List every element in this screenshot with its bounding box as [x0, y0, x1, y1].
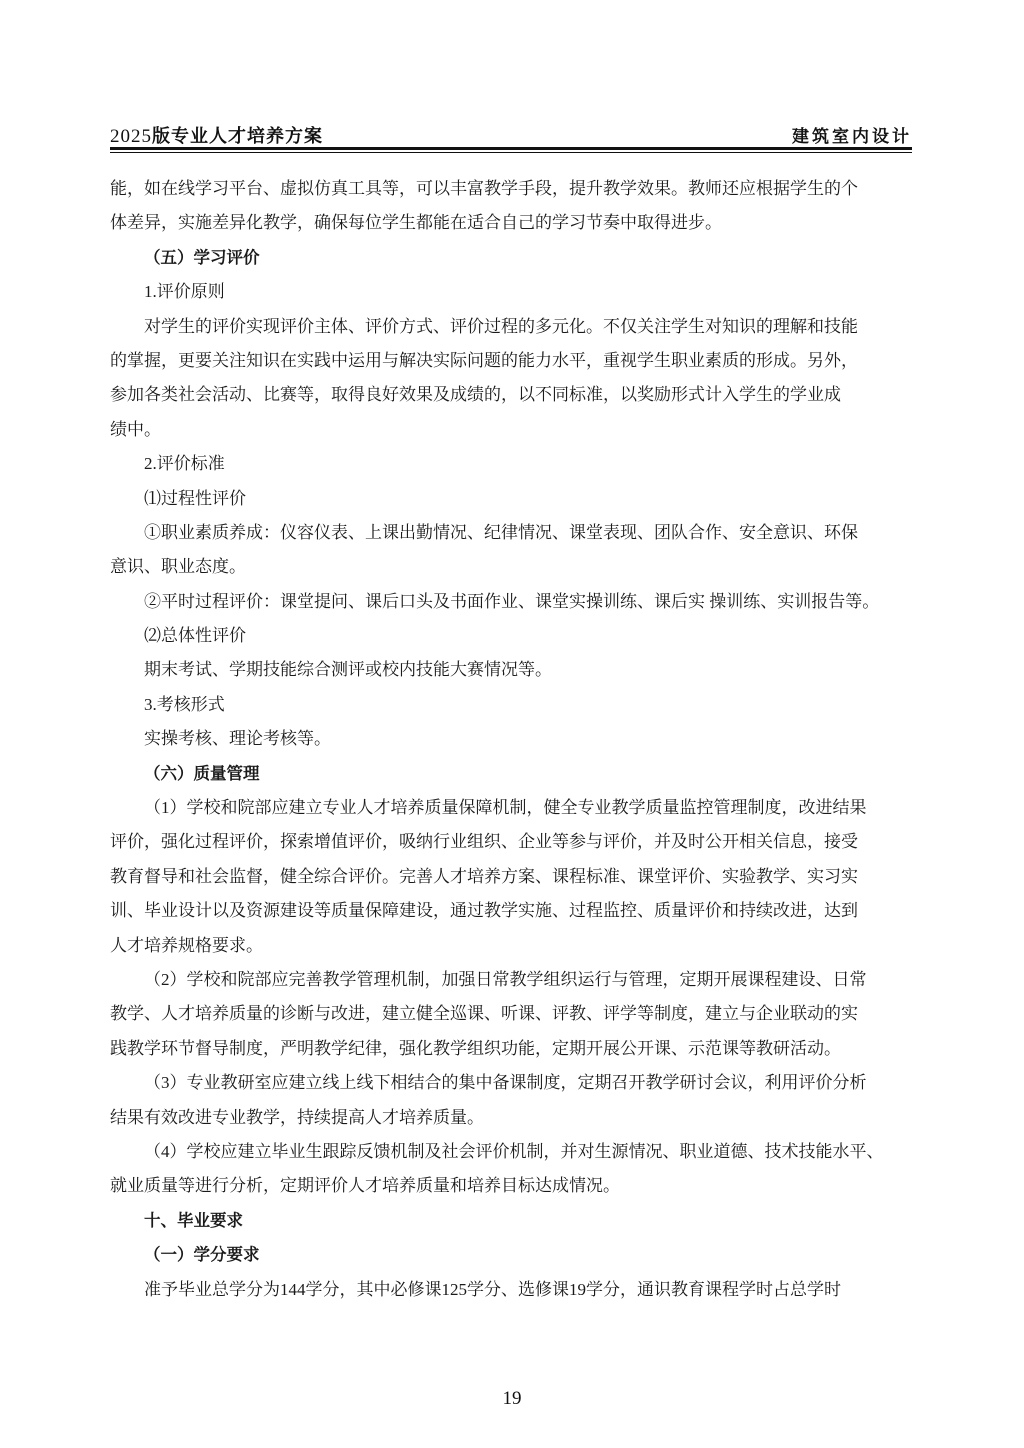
text-line: 意识、职业态度。 — [110, 550, 924, 584]
text-line: 1.评价原则 — [110, 275, 924, 309]
document-page: 2025版专业人才培养方案 建筑室内设计 能，如在线学习平台、虚拟仿真工具等，可… — [0, 0, 1024, 1448]
text-line: ②平时过程评价：课堂提问、课后口头及书面作业、课堂实操训练、课后实 操训练、实训… — [110, 585, 924, 619]
section-heading: （六）质量管理 — [110, 757, 924, 791]
text-line: 评价，强化过程评价，探索增值评价，吸纳行业组织、企业等参与评价，并及时公开相关信… — [110, 825, 924, 859]
text-line: 准予毕业总学分为144学分，其中必修课125学分、选修课19学分，通识教育课程学… — [110, 1273, 924, 1307]
text-line: 就业质量等进行分析，定期评价人才培养质量和培养目标达成情况。 — [110, 1169, 924, 1203]
page-number: 19 — [0, 1388, 1024, 1410]
text-line: 期末考试、学期技能综合测评或校内技能大赛情况等。 — [110, 653, 924, 687]
header-rule-thin — [110, 152, 912, 153]
text-line: 绩中。 — [110, 413, 924, 447]
header-major-name: 建筑室内设计 — [792, 122, 912, 147]
text-line: 体差异，实施差异化教学，确保每位学生都能在适合自己的学习节奏中取得进步。 — [110, 206, 924, 240]
text-line: （4）学校应建立毕业生跟踪反馈机制及社会评价机制，并对生源情况、职业道德、技术技… — [110, 1135, 924, 1169]
text-line: （1）学校和院部应建立专业人才培养质量保障机制，健全专业教学质量监控管理制度，改… — [110, 791, 924, 825]
text-line: 对学生的评价实现评价主体、评价方式、评价过程的多元化。不仅关注学生对知识的理解和… — [110, 310, 924, 344]
text-line: ⑵总体性评价 — [110, 619, 924, 653]
text-line: ①职业素质养成：仪容仪表、上课出勤情况、纪律情况、课堂表现、团队合作、安全意识、… — [110, 516, 924, 550]
running-header: 2025版专业人才培养方案 建筑室内设计 — [110, 122, 912, 144]
section-heading: （一）学分要求 — [110, 1238, 924, 1272]
header-rule-thick — [110, 147, 912, 150]
text-line: 2.评价标准 — [110, 447, 924, 481]
text-line: 3.考核形式 — [110, 688, 924, 722]
text-line: 教学、人才培养质量的诊断与改进，建立健全巡课、听课、评教、评学等制度，建立与企业… — [110, 997, 924, 1031]
body-text: 能，如在线学习平台、虚拟仿真工具等，可以丰富教学手段，提升教学效果。教师还应根据… — [110, 172, 924, 1307]
header-year: 2025 — [110, 126, 152, 147]
section-heading: 十、毕业要求 — [110, 1204, 924, 1238]
text-line: 践教学环节督导制度，严明教学纪律，强化教学组织功能，定期开展公开课、示范课等教研… — [110, 1032, 924, 1066]
text-line: 人才培养规格要求。 — [110, 929, 924, 963]
text-line: 结果有效改进专业教学，持续提高人才培养质量。 — [110, 1101, 924, 1135]
text-line: 训、毕业设计以及资源建设等质量保障建设，通过教学实施、过程监控、质量评价和持续改… — [110, 894, 924, 928]
text-line: 能，如在线学习平台、虚拟仿真工具等，可以丰富教学手段，提升教学效果。教师还应根据… — [110, 172, 924, 206]
text-line: 教育督导和社会监督，健全综合评价。完善人才培养方案、课程标准、课堂评价、实验教学… — [110, 860, 924, 894]
text-line: 实操考核、理论考核等。 — [110, 722, 924, 756]
text-line: 参加各类社会活动、比赛等，取得良好效果及成绩的，以不同标准，以奖励形式计入学生的… — [110, 378, 924, 412]
text-line: 的掌握，更要关注知识在实践中运用与解决实际问题的能力水平，重视学生职业素质的形成… — [110, 344, 924, 378]
text-line: （2）学校和院部应完善教学管理机制，加强日常教学组织运行与管理，定期开展课程建设… — [110, 963, 924, 997]
text-line: （3）专业教研室应建立线上线下相结合的集中备课制度，定期召开教学研讨会议，利用评… — [110, 1066, 924, 1100]
section-heading: （五）学习评价 — [110, 241, 924, 275]
header-title-text: 版专业人才培养方案 — [152, 126, 323, 147]
header-document-title: 2025版专业人才培养方案 — [110, 122, 323, 148]
text-line: ⑴过程性评价 — [110, 482, 924, 516]
